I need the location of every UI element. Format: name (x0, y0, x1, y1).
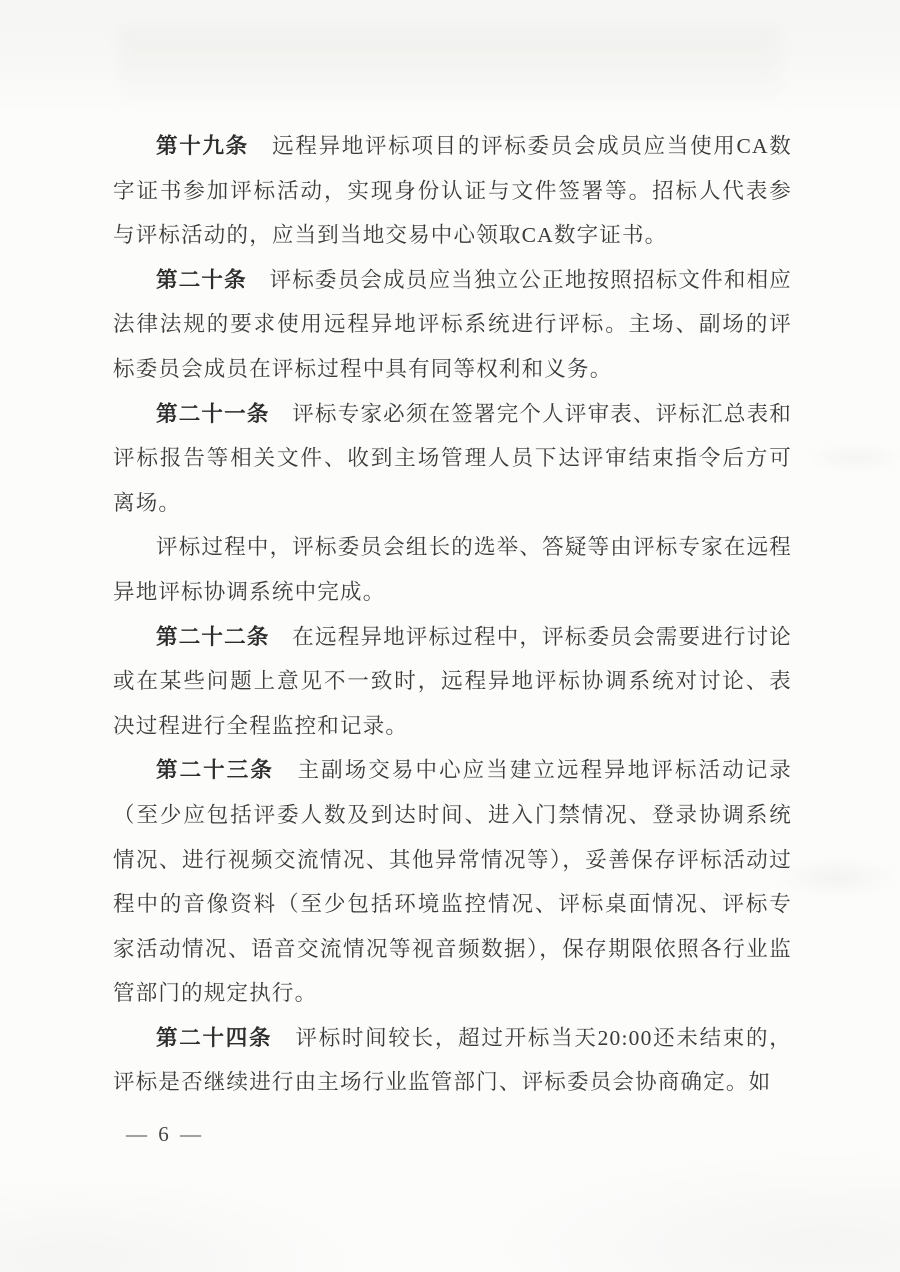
paragraph: 第二十条 评标委员会成员应当独立公正地按照招标文件和相应法律法规的要求使用远程异… (113, 258, 792, 392)
article-number: 第二十三条 (156, 758, 274, 782)
paragraph: 第二十四条 评标时间较长，超过开标当天20:00还未结束的，评标是否继续进行由主… (113, 1016, 792, 1105)
paragraph: 第二十二条 在远程异地评标过程中，评标委员会需要进行讨论或在某些问题上意见不一致… (113, 615, 792, 749)
scan-artifact-band (120, 28, 780, 100)
article-number: 第二十条 (156, 268, 247, 292)
paragraph: 第二十一条 评标专家必须在签署完个人评审表、评标汇总表和评标报告等相关文件、收到… (113, 392, 792, 526)
paragraph: 第二十三条 主副场交易中心应当建立远程异地评标活动记录（至少应包括评委人数及到达… (113, 748, 792, 1016)
article-number: 第二十二条 (156, 625, 270, 649)
article-number: 第二十一条 (156, 402, 270, 426)
article-number: 第二十四条 (156, 1026, 272, 1050)
article-number: 第十九条 (156, 134, 249, 158)
page-number: — 6 — (126, 1122, 204, 1147)
paragraph: 评标过程中，评标委员会组长的选举、答疑等由评标专家在远程异地评标协调系统中完成。 (113, 525, 792, 614)
paragraph: 第十九条 远程异地评标项目的评标委员会成员应当使用CA数字证书参加评标活动，实现… (113, 124, 792, 258)
scanned-document-page: 第十九条 远程异地评标项目的评标委员会成员应当使用CA数字证书参加评标活动，实现… (0, 0, 900, 1272)
document-body: 第十九条 远程异地评标项目的评标委员会成员应当使用CA数字证书参加评标活动，实现… (113, 124, 792, 1105)
